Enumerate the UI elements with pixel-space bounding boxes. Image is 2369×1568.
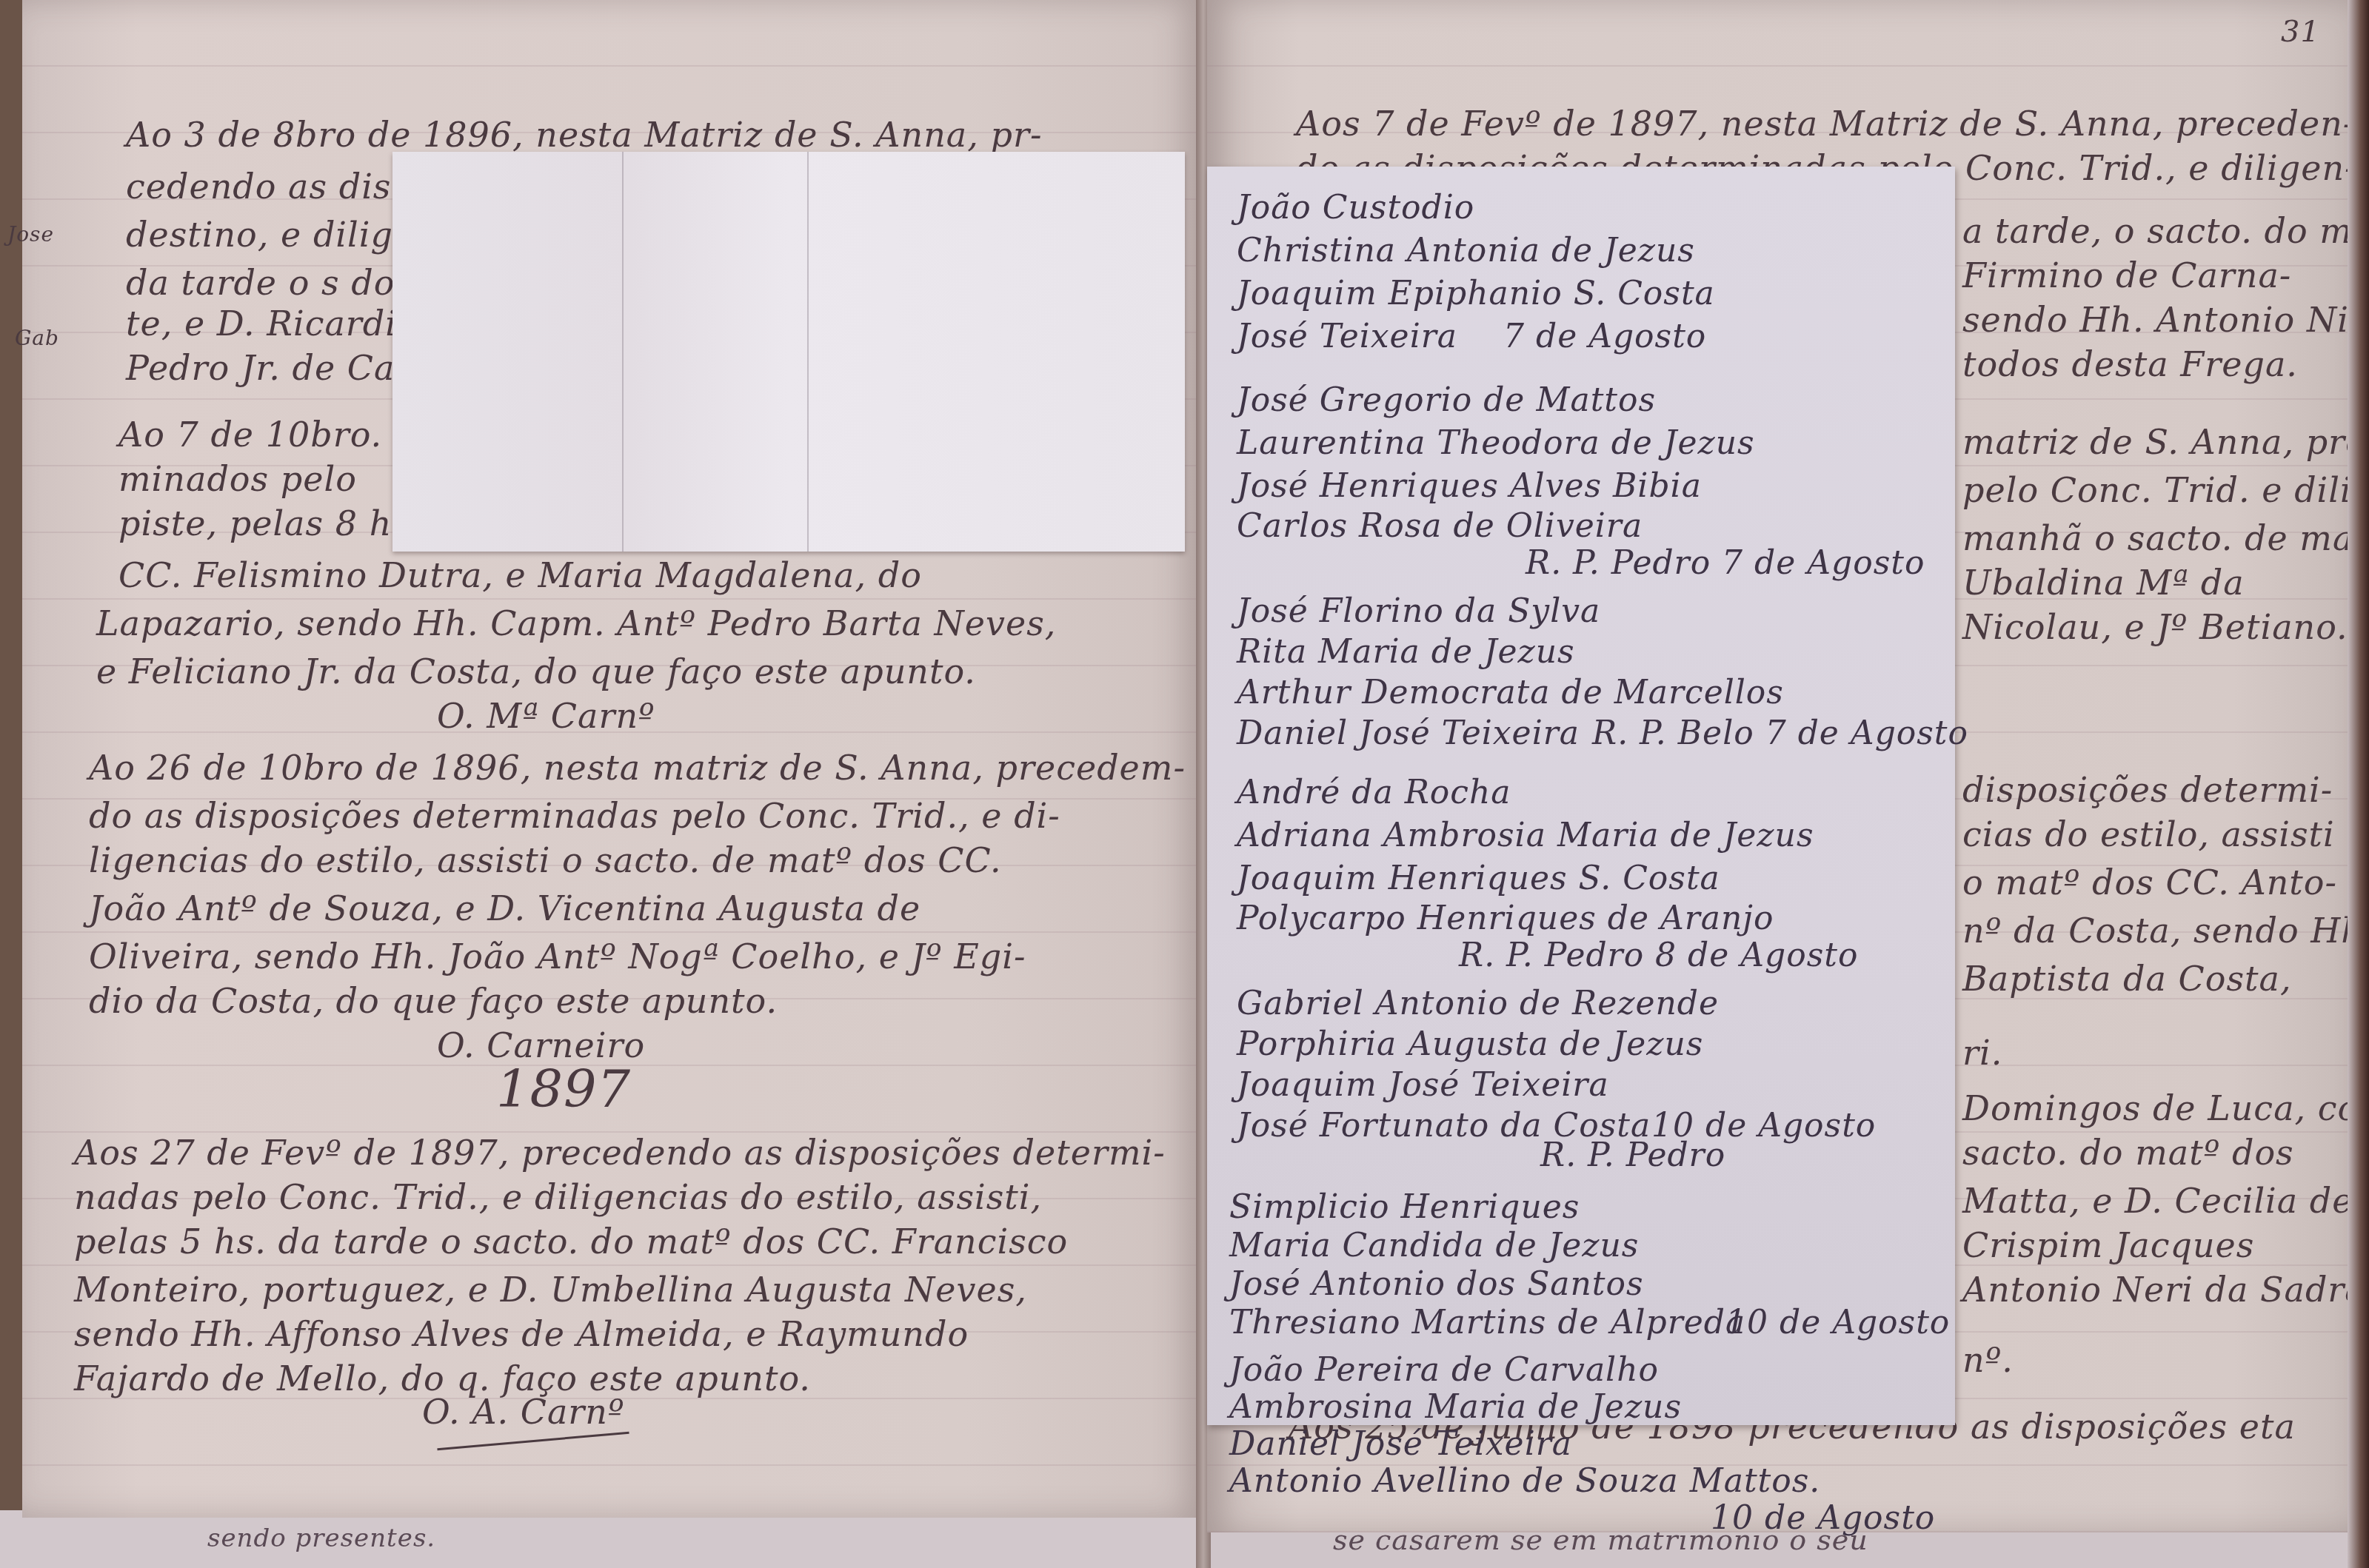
- pasted-paper-slip: [392, 152, 1185, 552]
- fragment: pelo Conc. Trid. e diligen-: [1962, 470, 2369, 510]
- name-entry: Gabriel Antonio de Rezende: [1237, 985, 1719, 1022]
- fragment: sendo Hh. Antonio Nicolau: [1962, 300, 2369, 340]
- name-entry: José Florino da Sylva: [1237, 592, 1600, 630]
- name-entry: Thresiano Martins de Alpreda: [1229, 1304, 1745, 1341]
- fragment: Crispim Jacques: [1962, 1225, 2254, 1265]
- name-entry: Christina Antonia de Jezus: [1237, 232, 1695, 269]
- date-note: R. P. Pedro: [1540, 1136, 1725, 1174]
- year-heading: 1897: [496, 1059, 631, 1119]
- entry-line: dio da Costa, do que faço este apunto.: [89, 981, 778, 1021]
- date-note: R. P. Pedro 7 de Agosto: [1526, 544, 1925, 582]
- fragment: ri.: [1962, 1033, 2002, 1073]
- name-entry: Antonio Avellino de Souza Mattos.: [1229, 1462, 1820, 1500]
- date-note: 10 de Agosto: [1711, 1499, 1935, 1537]
- entry-line: Aos 27 de Fevº de 1897, precedendo as di…: [74, 1133, 1166, 1173]
- bottom-fragment-left: sendo presentes.: [207, 1524, 435, 1553]
- entry-line: Ao 3 de 8bro de 1896, nesta Matriz de S.…: [126, 115, 1042, 155]
- fragment: Ubaldina Mª da: [1962, 563, 2245, 603]
- signature: O. Mª Carnº: [437, 696, 655, 736]
- entry-line: e Feliciano Jr. da Costa, do que faço es…: [96, 651, 976, 691]
- name-entry: José Henriques Alves Bibia: [1237, 467, 1702, 505]
- fragment: cias do estilo, assisti: [1962, 814, 2335, 854]
- name-entry: Joaquim Henriques S. Costa: [1237, 860, 1720, 897]
- date-note: R. P. Pedro 8 de Agosto: [1459, 937, 1858, 974]
- entry-line: ligencias do estilo, assisti o sacto. de…: [89, 840, 1002, 880]
- fragment: o matº dos CC. Anto-: [1962, 862, 2337, 902]
- name-entry: José Antonio dos Santos: [1229, 1265, 1644, 1303]
- margin-note: Gab: [15, 326, 59, 350]
- signature: O. A. Carnº: [422, 1392, 625, 1432]
- entry-line: Oliveira, sendo Hh. João Antº Nogª Coelh…: [89, 937, 1026, 976]
- name-entry: Laurentina Theodora de Jezus: [1237, 424, 1755, 462]
- fold-line: [807, 152, 809, 552]
- inserted-name-list-sheet: João Custodio Christina Antonia de Jezus…: [1207, 167, 1955, 1425]
- name-entry: João Pereira de Carvalho: [1229, 1351, 1659, 1389]
- fold-line: [622, 152, 624, 552]
- entry-line: do as disposições determinadas pelo Conc…: [89, 796, 1060, 836]
- entry-line: Lapazario, sendo Hh. Capm. Antº Pedro Ba…: [96, 603, 1056, 643]
- entry-line: piste, pelas 8 h: [118, 503, 392, 543]
- entry-line: Monteiro, portuguez, e D. Umbellina Augu…: [74, 1270, 1027, 1310]
- fragment: disposições determi-: [1962, 770, 2333, 810]
- name-entry: Simplicio Henriques: [1229, 1188, 1580, 1226]
- entry-line: sendo Hh. Affonso Alves de Almeida, e Ra…: [74, 1314, 969, 1354]
- name-entry: José Teixeira: [1237, 318, 1457, 355]
- name-entry: Maria Candida de Jezus: [1229, 1227, 1639, 1264]
- name-entry: José Gregorio de Mattos: [1237, 381, 1656, 419]
- fragment: a tarde, o sacto. do ma-: [1962, 211, 2369, 251]
- fragment: Domingos de Luca, com: [1962, 1088, 2369, 1128]
- name-entry: Rita Maria de Jezus: [1237, 633, 1575, 671]
- margin-note: Jose: [7, 222, 54, 247]
- name-entry: Porphiria Augusta de Jezus: [1237, 1025, 1703, 1063]
- date-note: 10 de Agosto: [1725, 1304, 1950, 1341]
- name-entry: Ambrosina Maria de Jezus: [1229, 1388, 1682, 1426]
- fragment: todos desta Frega.: [1962, 344, 2298, 384]
- entry-line: Ao 7 de 10bro. d: [118, 415, 416, 455]
- name-entry: Joaquim José Teixeira: [1237, 1066, 1609, 1104]
- fragment: Nicolau, e Jº Betiano.: [1962, 607, 2348, 647]
- name-entry: André da Rocha: [1237, 774, 1511, 811]
- fragment: Antonio Neri da Sadra,: [1962, 1270, 2369, 1310]
- entry-line: pelas 5 hs. da tarde o sacto. do matº do…: [74, 1222, 1068, 1262]
- entry-line: nadas pelo Conc. Trid., e diligencias do…: [74, 1177, 1042, 1217]
- name-entry: Joaquim Epiphanio S. Costa: [1237, 275, 1715, 312]
- fragment: nº.: [1962, 1340, 2014, 1380]
- entry-line: minados pelo: [118, 459, 357, 499]
- fragment: Baptista da Costa,: [1962, 959, 2292, 999]
- fragment: Matta, e D. Cecilia de: [1962, 1181, 2353, 1221]
- entry-line: Aos 7 de Fevº de 1897, nesta Matriz de S…: [1296, 104, 2355, 144]
- fragment: sacto. do matº dos: [1962, 1133, 2294, 1173]
- name-entry: Carlos Rosa de Oliveira: [1237, 507, 1643, 545]
- page-number: 31: [2281, 15, 2320, 49]
- name-entry: João Custodio: [1237, 189, 1474, 227]
- fragment: Firmino de Carna-: [1962, 255, 2291, 295]
- name-entry: Adriana Ambrosia Maria de Jezus: [1237, 817, 1814, 854]
- fragment: manhã o sacto. de matº: [1962, 518, 2369, 558]
- name-entry: Daniel José Teixeira: [1237, 714, 1580, 752]
- fragment: matriz de S. Anna, prece-: [1962, 422, 2369, 462]
- entry-line: Ao 26 de 10bro de 1896, nesta matriz de …: [89, 748, 1186, 788]
- name-entry: Daniel José Teixeira: [1229, 1425, 1572, 1463]
- fragment: nº da Costa, sendo Hh.: [1962, 911, 2369, 951]
- underlying-page-left: sendo presentes.: [0, 1510, 1200, 1568]
- name-entry: Polycarpo Henriques de Aranjo: [1237, 899, 1774, 937]
- date-note: R. P. Belo 7 de Agosto: [1592, 714, 1968, 752]
- date-note: 7 de Agosto: [1503, 318, 1706, 355]
- entry-line: CC. Felismino Dutra, e Maria Magdalena, …: [118, 555, 922, 595]
- name-entry: Arthur Democrata de Marcellos: [1237, 674, 1784, 711]
- book-edge: [2348, 0, 2369, 1568]
- entry-line: João Antº de Souza, e D. Vicentina Augus…: [89, 888, 920, 928]
